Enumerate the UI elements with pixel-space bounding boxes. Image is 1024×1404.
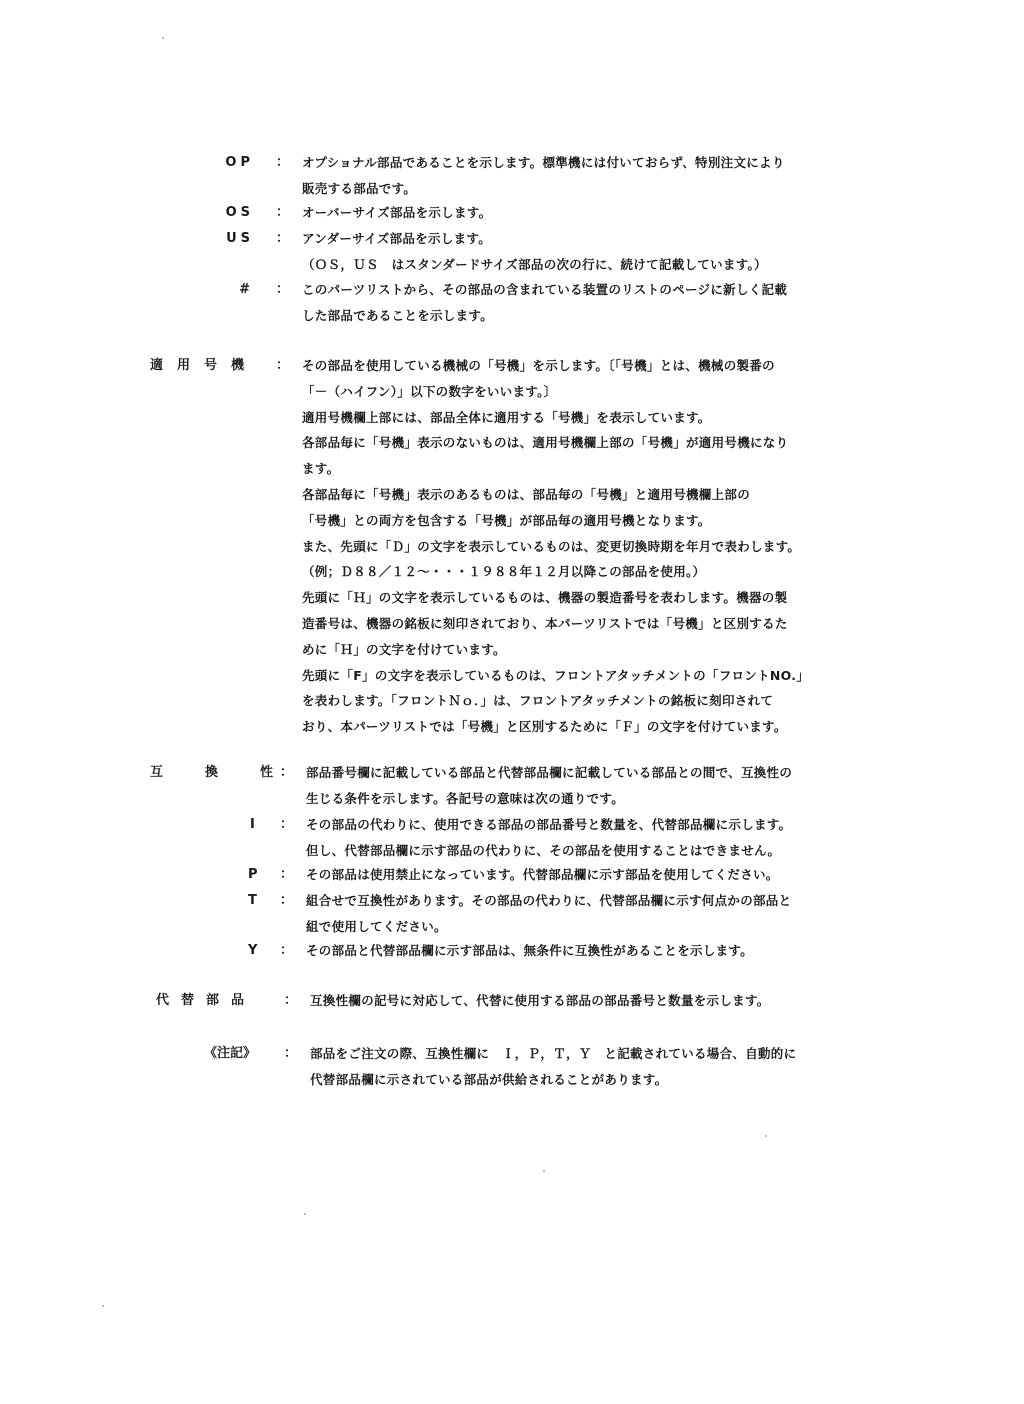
text-line: 部品番号欄に記載している部品と代替部品欄に記載している部品との間で、互換性の: [306, 760, 792, 786]
scan-speck: [543, 1170, 545, 1172]
text-code-y: その部品と代替部品欄に示す部品は、無条件に互換性があることを示します。: [306, 938, 753, 964]
scan-speck: [162, 37, 164, 39]
label-os: OS: [226, 200, 254, 226]
code-y: Y: [248, 938, 261, 964]
text-line: その部品と代替部品欄に示す部品は、無条件に互換性があることを示します。: [306, 938, 753, 964]
colon: ：: [280, 938, 293, 964]
code-i: I: [250, 812, 259, 838]
text-us: アンダーサイズ部品を示します。 （ＯＳ，ＵＳ はスタンダードサイズ部品の次の行に…: [302, 226, 767, 278]
code-t: T: [248, 888, 261, 914]
colon: ：: [276, 353, 289, 379]
scan-speck: [304, 1213, 306, 1215]
text-code-t: 組合せで互換性があります。その部品の代わりに、代替部品欄に示す何点かの部品と 組…: [306, 888, 791, 940]
colon: ：: [280, 888, 293, 914]
text-line: 造番号は、機器の銘板に刻印されており、本パーツリストでは「号機」と区別するた: [302, 611, 809, 637]
text-line: ます。: [302, 456, 809, 482]
text-line: 各部品毎に「号機」表示のあるものは、部品毎の「号機」と適用号機欄上部の: [302, 482, 809, 508]
text-line: 生じる条件を示します。各記号の意味は次の通りです。: [306, 786, 792, 812]
label-substitute-parts: 代替部品: [156, 988, 256, 1014]
text-line: 部品をご注文の際、互換性欄に Ｉ，Ｐ，Ｔ，Ｙ と記載されている場合、自動的に: [310, 1041, 796, 1067]
text-line: （ＯＳ，ＵＳ はスタンダードサイズ部品の次の行に、続けて記載しています。）: [302, 252, 767, 278]
text-code-p: その部品は使用禁止になっています。代替部品欄に示す部品を使用してください。: [306, 862, 779, 888]
text-applicable-model: その部品を使用している機械の「号機」を示します。〔「号機」とは、機械の製番の 「…: [302, 353, 809, 740]
label-hash: #: [239, 277, 254, 303]
label-us: US: [226, 226, 254, 252]
text-note: 部品をご注文の際、互換性欄に Ｉ，Ｐ，Ｔ，Ｙ と記載されている場合、自動的に 代…: [310, 1041, 796, 1093]
text-line: 組で使用してください。: [306, 914, 791, 940]
colon: ：: [276, 150, 289, 176]
text-os: オーバーサイズ部品を示します。: [302, 200, 491, 226]
text-line: 適用号機欄上部には、部品全体に適用する「号機」を表示しています。: [302, 405, 809, 431]
text-line: オーバーサイズ部品を示します。: [302, 200, 491, 226]
colon: ：: [280, 812, 293, 838]
text-line: 販売する部品です。: [302, 176, 785, 202]
scan-speck: [765, 1135, 767, 1137]
document-page: OP ： オプショナル部品であることを示します。標準機には付いておらず、特別注文…: [0, 0, 1024, 1404]
text-line: その部品を使用している機械の「号機」を示します。〔「号機」とは、機械の製番の: [302, 353, 809, 379]
label-op: OP: [225, 150, 254, 176]
text-line: 各部品毎に「号機」表示のないものは、適用号機欄上部の「号機」が適用号機になり: [302, 430, 809, 456]
text-line: （例；Ｄ８８／１２～・・・１９８８年１２月以降この部品を使用。）: [302, 559, 809, 585]
colon: ：: [276, 277, 289, 303]
text-line: その部品の代わりに、使用できる部品の部品番号と数量を、代替部品欄に示します。: [306, 812, 791, 838]
colon: ：: [276, 200, 289, 226]
text-line: 先頭に「Ｈ」の文字を表示しているものは、機器の製造番号を表わします。機器の製: [302, 585, 809, 611]
text-line: 代替部品欄に示されている部品が供給されることがあります。: [310, 1067, 796, 1093]
colon: ：: [280, 760, 293, 786]
colon: ：: [284, 988, 297, 1014]
code-p: P: [248, 862, 262, 888]
text-line: 「号機」との両方を包含する「号機」が部品毎の適用号機となります。: [302, 508, 809, 534]
text-line: このパーツリストから、その部品の含まれている装置のリストのページに新しく記載: [302, 277, 787, 303]
text-op: オプショナル部品であることを示します。標準機には付いておらず、特別注文により 販…: [302, 150, 785, 202]
text-line: アンダーサイズ部品を示します。: [302, 226, 767, 252]
colon: ：: [276, 226, 289, 252]
text-line: めに「Ｈ」の文字を付けています。: [302, 637, 809, 663]
text-line: その部品は使用禁止になっています。代替部品欄に示す部品を使用してください。: [306, 862, 779, 888]
colon: ：: [280, 862, 293, 888]
text-line: 先頭に「F」の文字を表示しているものは、フロントアタッチメントの「フロントNO.…: [302, 663, 809, 689]
text-hash: このパーツリストから、その部品の含まれている装置のリストのページに新しく記載 し…: [302, 277, 787, 329]
text-substitute-parts: 互換性欄の記号に対応して、代替に使用する部品の部品番号と数量を示します。: [310, 988, 770, 1014]
label-note: 《注記》: [204, 1041, 256, 1067]
text-line: を表わします。「フロントＮｏ．」は、フロントアタッチメントの銘板に刻印されて: [302, 688, 809, 714]
scan-speck: [102, 1305, 104, 1307]
text-line: 互換性欄の記号に対応して、代替に使用する部品の部品番号と数量を示します。: [310, 988, 770, 1014]
text-code-i: その部品の代わりに、使用できる部品の部品番号と数量を、代替部品欄に示します。 但…: [306, 812, 791, 864]
text-line: おり、本パーツリストでは「号機」と区別するために「Ｆ」の文字を付けています。: [302, 714, 809, 740]
text-line: オプショナル部品であることを示します。標準機には付いておらず、特別注文により: [302, 150, 785, 176]
label-applicable-model: 適用号機: [150, 353, 258, 379]
text-line: 「－（ハイフン）」以下の数字をいいます。〕: [302, 379, 809, 405]
text-line: 組合せで互換性があります。その部品の代わりに、代替部品欄に示す何点かの部品と: [306, 888, 791, 914]
text-line: また、先頭に「Ｄ」の文字を表示しているものは、変更切換時期を年月で表わします。: [302, 534, 809, 560]
text-interchangeability: 部品番号欄に記載している部品と代替部品欄に記載している部品との間で、互換性の 生…: [306, 760, 792, 812]
colon: ：: [284, 1041, 297, 1067]
text-line: 但し、代替部品欄に示す部品の代わりに、その部品を使用することはできません。: [306, 838, 791, 864]
text-line: した部品であることを示します。: [302, 303, 787, 329]
